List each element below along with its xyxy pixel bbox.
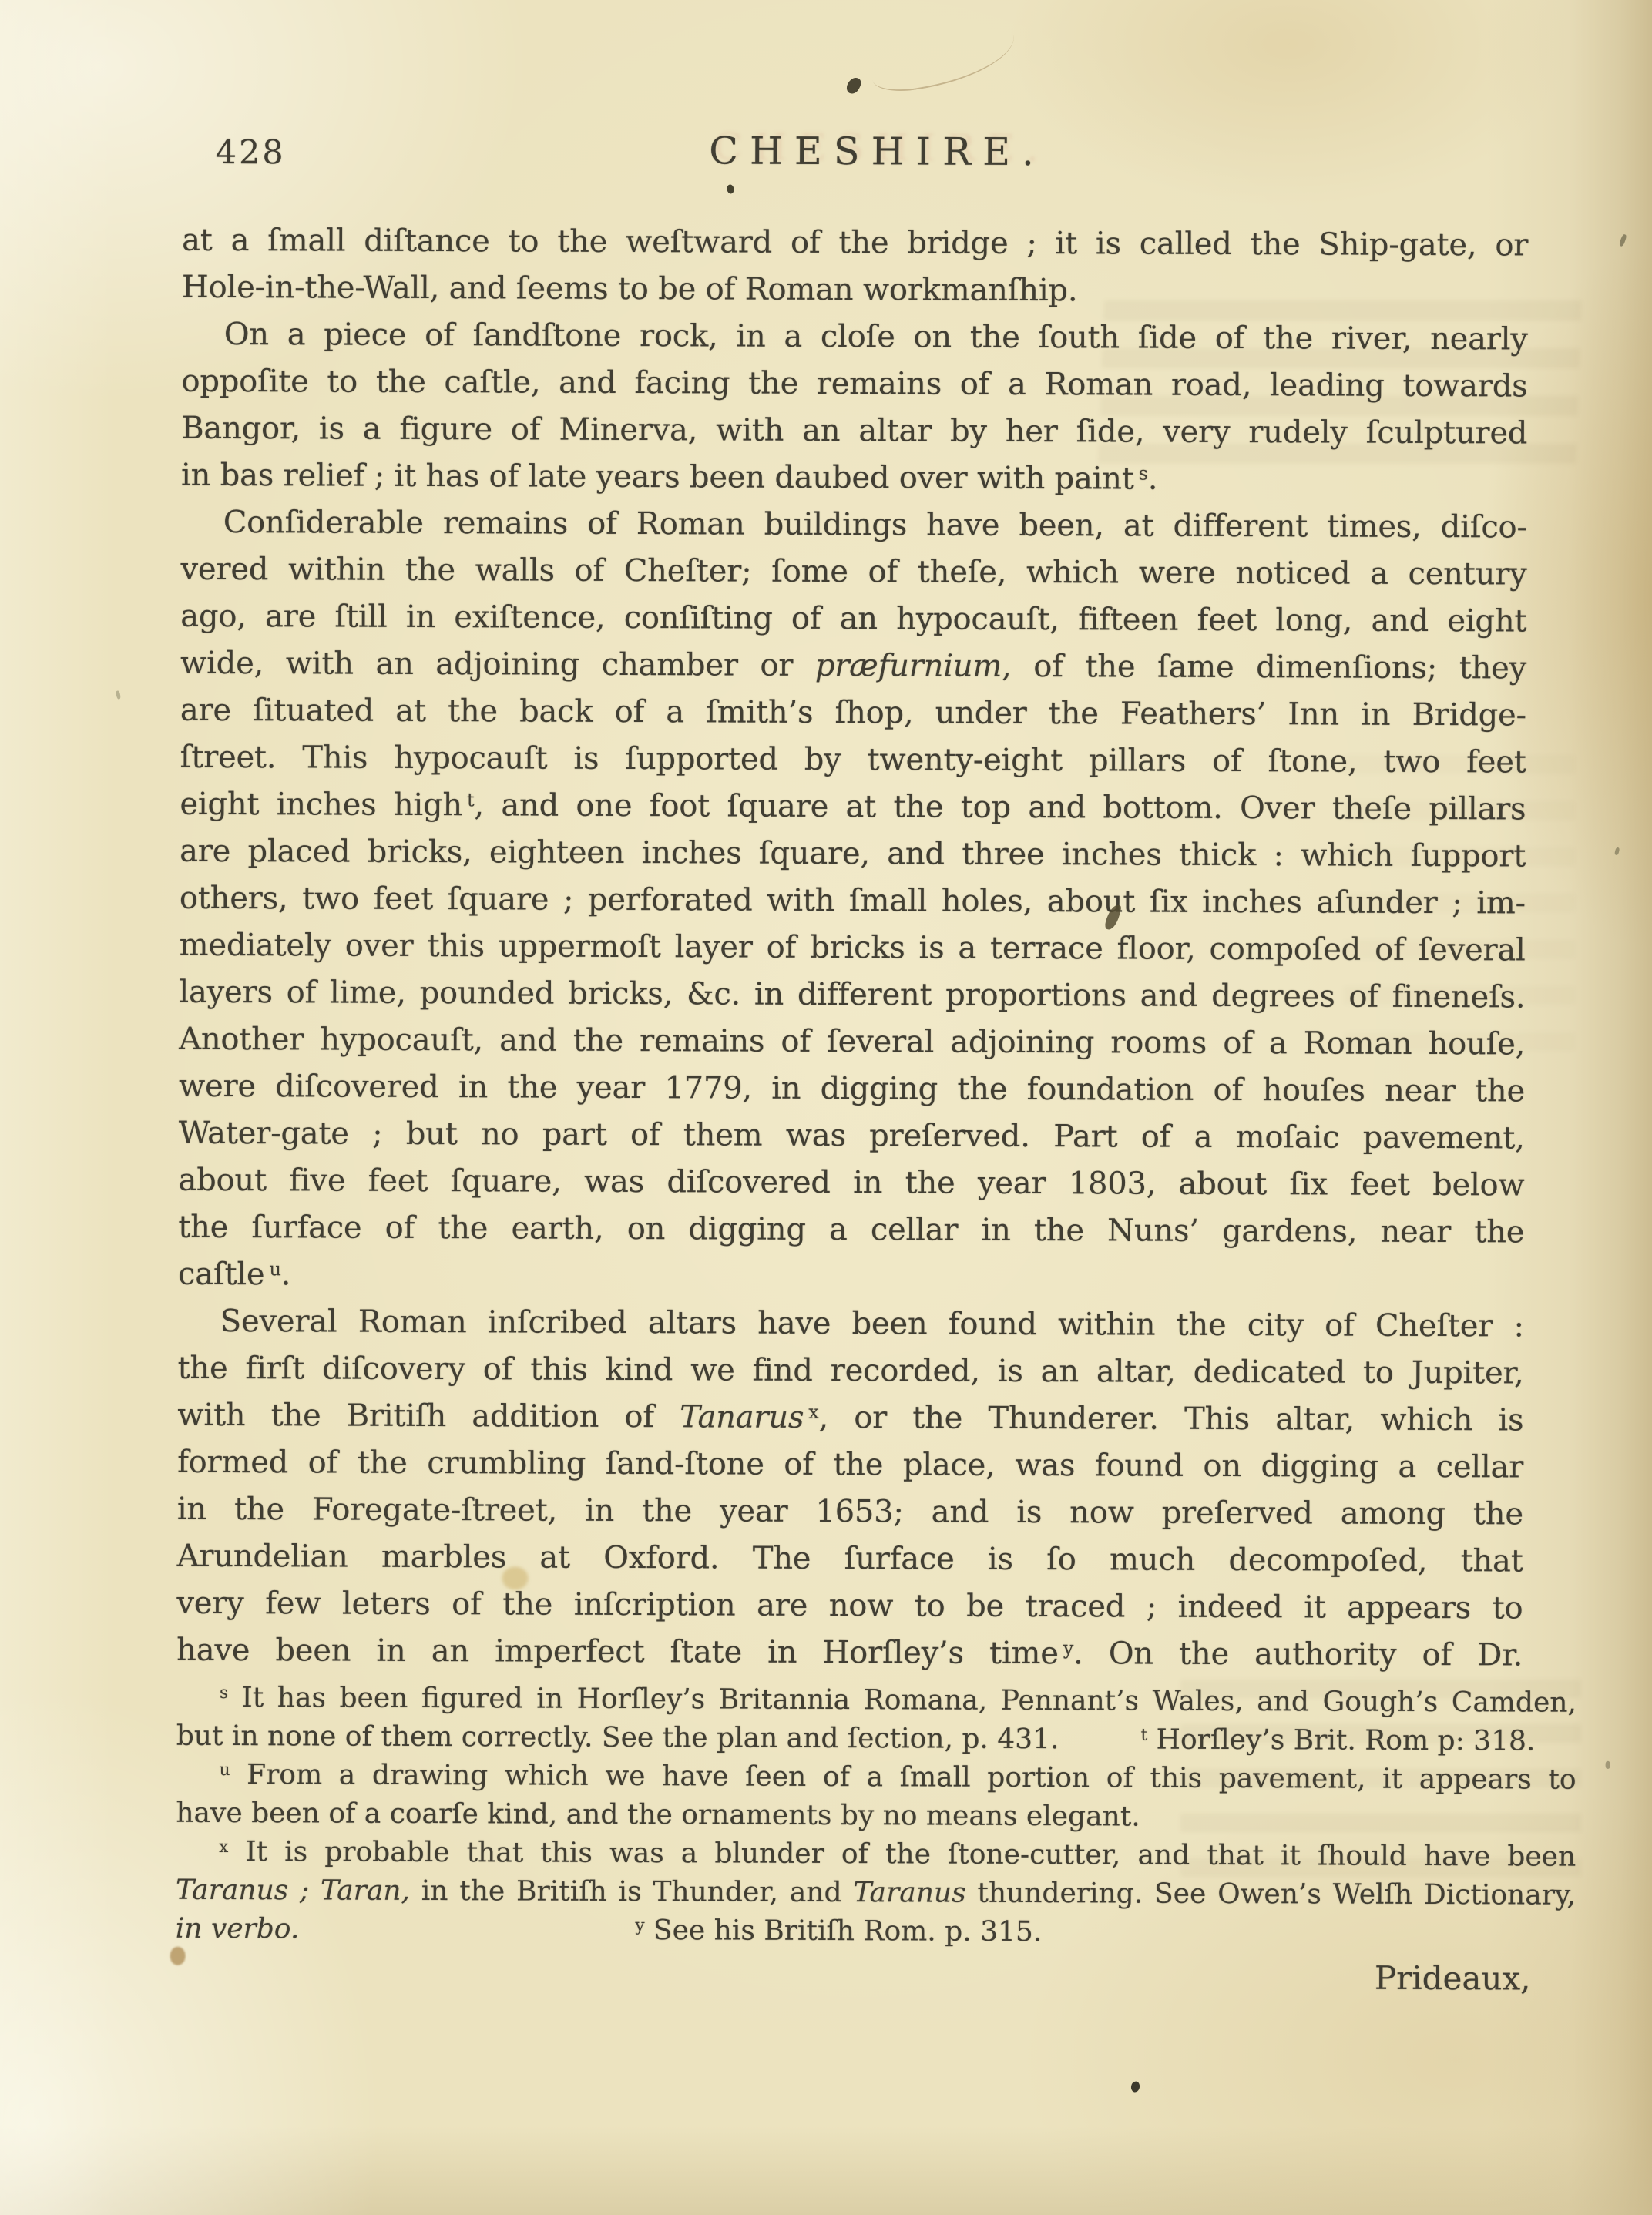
footnote-marker: u <box>220 1760 230 1780</box>
spacer <box>299 1937 630 1939</box>
footnote-marker: y <box>1063 1637 1073 1659</box>
text-segment: , or the Thunderer. This altar, which is <box>818 1400 1523 1438</box>
text-line: oppoſite to the caſtle, and facing the r… <box>181 358 1527 411</box>
text-line: On a piece of ſandſtone rock, in a cloſe… <box>182 311 1528 364</box>
footnote-marker: s <box>1139 463 1148 485</box>
text-segment: . <box>281 1257 291 1292</box>
text-line: Water-gate ; but no part of them was pre… <box>179 1110 1525 1163</box>
paper-stain <box>170 1947 186 1965</box>
text-segment: Arundelian marbles at Oxford. The ſurfac… <box>177 1539 1523 1579</box>
scratch-mark <box>867 18 1020 96</box>
text-segment: in verbo. <box>176 1913 300 1945</box>
text-segment: præfurnium <box>815 648 1002 684</box>
text-line: in the Foregate-ſtreet, in the year 1653… <box>177 1486 1523 1539</box>
text-line: formed of the crumbling ſand-ſtone of th… <box>177 1439 1523 1492</box>
text-line: at a ſmall diſtance to the weſtward of t… <box>182 217 1528 270</box>
text-segment: with the Britiſh addition of <box>177 1398 680 1435</box>
text-line: s It has been figured in Horſley’s Brita… <box>176 1679 1576 1723</box>
text-line: vered within the walls of Cheſter; ſome … <box>180 546 1526 599</box>
text-segment: but in none of them correctly. See the p… <box>176 1720 1059 1755</box>
text-segment: From a drawing which we have ſeen of a ſ… <box>230 1759 1576 1796</box>
text-segment: Horſley’s Brit. Rom p: 318. <box>1147 1724 1535 1757</box>
ink-speck <box>116 690 121 700</box>
text-segment: It is probable that this was a blunder o… <box>228 1836 1576 1873</box>
ink-speck <box>1614 847 1620 855</box>
book-page: CHESHIRE. 428 CHESHIRE. at a ſmall diſta… <box>0 0 1652 2215</box>
text-line: Another hypocauſt, and the remains of ſe… <box>179 1016 1525 1069</box>
text-segment: See his Britiſh Rom. p. 315. <box>644 1915 1042 1948</box>
ink-speck <box>727 184 735 194</box>
text-segment: the firſt diſcovery of this kind we find… <box>178 1351 1524 1391</box>
text-segment: On a piece of ſandſtone rock, in a cloſe… <box>224 317 1528 357</box>
text-segment: ſtreet. This hypocauſt is ſupported by t… <box>180 740 1526 780</box>
text-line: Arundelian marbles at Oxford. The ſurfac… <box>177 1533 1523 1586</box>
text-segment: others, two feet ſquare ; perforated wit… <box>180 881 1526 921</box>
text-segment: , of the ſame dimenſions; they <box>1002 649 1526 686</box>
footnotes: s It has been figured in Horſley’s Brita… <box>176 1679 1576 1954</box>
catchword: Prideaux, <box>1375 1959 1531 1998</box>
text-line: have been in an imperfect ſtate in Horſl… <box>176 1627 1523 1680</box>
footnote-marker: x <box>808 1401 818 1423</box>
text-segment: Another hypocauſt, and the remains of ſe… <box>179 1022 1525 1062</box>
text-segment: are ſituated at the back of a ſmith’s ſh… <box>180 693 1526 733</box>
text-segment: formed of the crumbling ſand-ſtone of th… <box>177 1445 1523 1485</box>
text-segment: thundering. See Owen’s Welſh Dictionary, <box>966 1878 1576 1911</box>
spacer <box>1059 1747 1136 1748</box>
text-segment: Water-gate ; but no part of them was pre… <box>179 1116 1525 1156</box>
text-segment: Several Roman inſcribed altars have been… <box>220 1304 1524 1344</box>
text-segment: Hole-in-the-Wall, and ſeems to be of Rom… <box>182 270 1078 308</box>
text-line: Taranus ; Taran, in the Britiſh is Thund… <box>176 1871 1576 1915</box>
text-line: the firſt diſcovery of this kind we find… <box>177 1345 1523 1398</box>
ink-blot <box>844 76 863 96</box>
text-segment: were diſcovered in the year 1779, in dig… <box>179 1069 1525 1109</box>
text-line: but in none of them correctly. See the p… <box>176 1717 1576 1761</box>
text-line: in verbo.y See his Britiſh Rom. p. 315. <box>176 1910 1576 1954</box>
ink-speck <box>1130 2081 1140 2093</box>
text-line: mediately over this uppermoſt layer of b… <box>180 922 1526 975</box>
text-segment: in the Foregate-ſtreet, in the year 1653… <box>177 1492 1523 1532</box>
text-segment: Taranus ; Taran, <box>176 1874 410 1907</box>
text-line: wide, with an adjoining chamber or præfu… <box>180 640 1526 693</box>
text-segment: are placed bricks, eighteen inches ſquar… <box>180 834 1526 874</box>
text-line: are placed bricks, eighteen inches ſquar… <box>180 828 1526 881</box>
text-segment: mediately over this uppermoſt layer of b… <box>180 928 1526 968</box>
text-line: have been of a coarſe kind, and the orna… <box>176 1794 1576 1838</box>
text-line: layers of lime, pounded bricks, &c. in d… <box>179 969 1525 1022</box>
text-segment: have been in an imperfect ſtate in Horſl… <box>176 1633 1059 1671</box>
text-segment: vered within the walls of Cheſter; ſome … <box>180 552 1526 592</box>
text-line: about five feet ſquare, was diſcovered i… <box>178 1157 1524 1210</box>
text-line: u From a drawing which we have ſeen of a… <box>176 1756 1576 1800</box>
text-line: Hole-in-the-Wall, and ſeems to be of Rom… <box>182 264 1528 317</box>
text-line: the ſurface of the earth, on digging a c… <box>178 1204 1524 1257</box>
page-number: 428 <box>216 133 286 172</box>
text-segment: in the Britiſh is Thunder, and <box>410 1875 854 1908</box>
text-line: caſtleu. <box>178 1251 1524 1304</box>
page-content: CHESHIRE. 428 CHESHIRE. at a ſmall diſta… <box>0 0 1652 2215</box>
footnote-marker: x <box>219 1837 228 1857</box>
text-segment: Tanarus <box>680 1399 804 1435</box>
text-segment: in bas relief ; it has of late years bee… <box>181 458 1134 497</box>
text-line: x It is probable that this was a blunder… <box>176 1833 1576 1877</box>
text-segment: have been of a coarſe kind, and the orna… <box>176 1797 1140 1833</box>
text-segment: ago, are ſtill in exiſtence, conſiſting … <box>180 599 1526 639</box>
running-head: CHESHIRE. <box>709 129 1046 174</box>
text-line: Bangor, is a figure of Minerva, with an … <box>181 405 1527 458</box>
text-segment: . On the authority of Dr. <box>1073 1636 1523 1673</box>
text-segment: . <box>1148 461 1158 497</box>
text-segment: oppoſite to the caſtle, and facing the r… <box>181 364 1527 404</box>
text-line: in bas relief ; it has of late years bee… <box>181 452 1527 505</box>
text-segment: wide, with an adjoining chamber or <box>180 646 815 683</box>
text-segment: very few leters of the inſcription are n… <box>176 1586 1523 1626</box>
text-segment: layers of lime, pounded bricks, &c. in d… <box>179 975 1525 1015</box>
text-segment: about five feet ſquare, was diſcovered i… <box>178 1163 1524 1203</box>
text-segment: Conſiderable remains of Roman buildings … <box>223 505 1527 545</box>
text-segment: caſtle <box>178 1257 265 1292</box>
footnote-marker: u <box>269 1258 280 1280</box>
text-segment: Taranus <box>853 1877 965 1909</box>
paper-stain <box>502 1566 528 1589</box>
text-segment: , and one foot ſquare at the top and bot… <box>474 787 1526 827</box>
text-segment: Bangor, is a figure of Minerva, with an … <box>181 411 1527 451</box>
main-text: at a ſmall diſtance to the weſtward of t… <box>176 217 1528 1680</box>
text-segment: eight inches high <box>180 787 462 823</box>
footnote-marker: t <box>467 789 475 810</box>
text-segment: It has been figured in Horſley’s Britann… <box>228 1682 1576 1719</box>
text-segment: at a ſmall diſtance to the weſtward of t… <box>182 223 1528 263</box>
text-line: Several Roman inſcribed altars have been… <box>178 1298 1524 1351</box>
ink-speck <box>1606 1761 1610 1769</box>
text-line: were diſcovered in the year 1779, in dig… <box>179 1063 1525 1116</box>
text-line: are ſituated at the back of a ſmith’s ſh… <box>180 687 1526 740</box>
text-line: with the Britiſh addition of Tanarusx, o… <box>177 1392 1523 1445</box>
text-line: others, two feet ſquare ; perforated wit… <box>180 875 1526 928</box>
text-line: very few leters of the inſcription are n… <box>176 1580 1523 1633</box>
ink-speck <box>1619 233 1627 247</box>
text-segment: the ſurface of the earth, on digging a c… <box>178 1210 1524 1250</box>
text-line: eight inches hight, and one foot ſquare … <box>180 781 1526 834</box>
text-line: Conſiderable remains of Roman buildings … <box>181 499 1527 552</box>
footnote-marker: y <box>635 1916 644 1935</box>
footnote-marker: s <box>220 1683 228 1703</box>
text-line: ago, are ſtill in exiſtence, conſiſting … <box>180 593 1526 646</box>
text-line: ſtreet. This hypocauſt is ſupported by t… <box>180 734 1526 787</box>
